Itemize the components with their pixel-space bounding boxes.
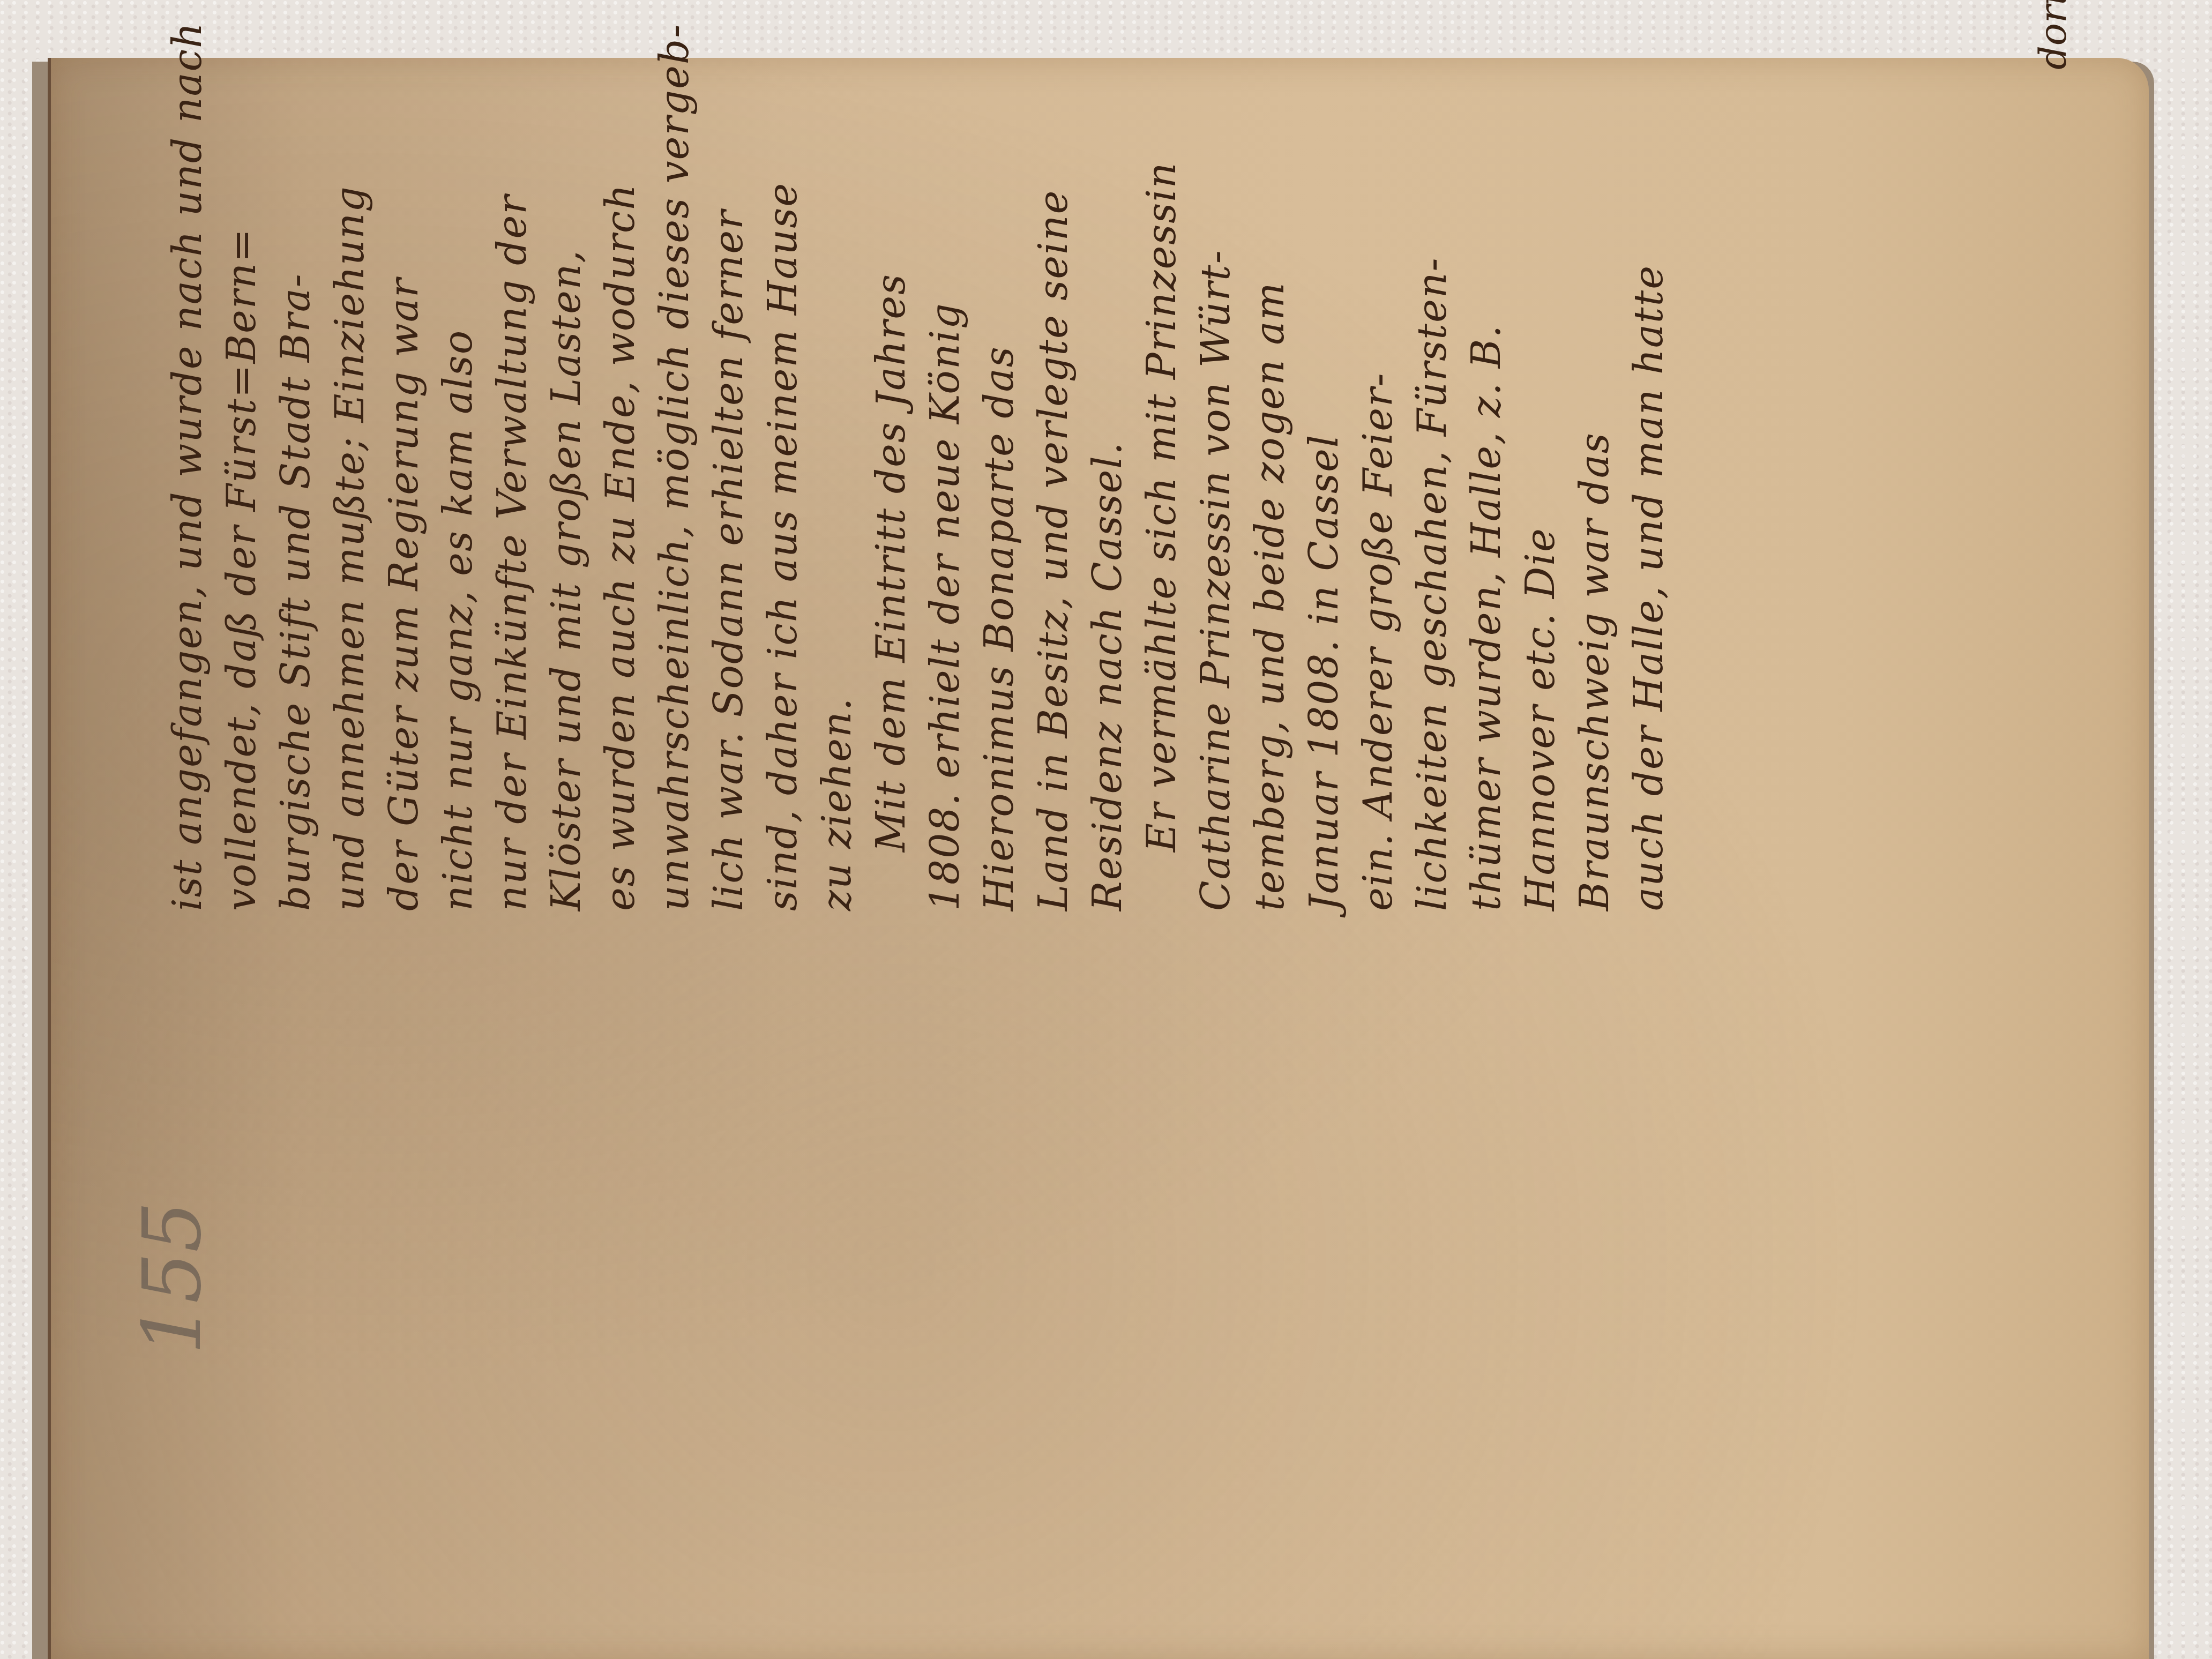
manuscript-line: sind, daher ich aus meinem Hause xyxy=(756,54,810,911)
manuscript-line: Januar 1808. in Cassel xyxy=(1297,54,1351,911)
manuscript-line: Land in Besitz, und verlegte seine xyxy=(1027,54,1081,911)
manuscript-line: nur der Einkünfte Verwaltung der xyxy=(485,54,540,911)
handwritten-text-block: ist angefangen, und wurde nach und nachv… xyxy=(161,54,1983,911)
manuscript-line: Hannover etc. Die xyxy=(1514,54,1568,911)
manuscript-line: nicht nur ganz, es kam also xyxy=(431,54,485,911)
manuscript-line: und annehmen mußte; Einziehung xyxy=(323,54,377,911)
manuscript-line: ein. Anderer große Feier- xyxy=(1351,54,1406,911)
manuscript-line: lichkeiten geschahen, Fürsten- xyxy=(1406,54,1460,911)
manuscript-line: burgische Stift und Stadt Bra- xyxy=(269,54,323,911)
manuscript-line: lich war. Sodann erhielten ferner xyxy=(702,54,756,911)
manuscript-line: unwahrscheinlich, möglich dieses vergeb- xyxy=(648,54,702,911)
manuscript-line: vollendet, daß der Fürst=Bern= xyxy=(215,54,269,911)
manuscript-line: Er vermählte sich mit Prinzessin xyxy=(1135,54,1189,911)
text-lines: ist angefangen, und wurde nach und nachv… xyxy=(161,54,1676,911)
manuscript-line: es wurden auch zu Ende, wodurch xyxy=(594,54,648,911)
manuscript-line: Catharine Prinzessin von Würt- xyxy=(1189,54,1243,911)
manuscript-line: auch der Halle, und man hatte xyxy=(1622,54,1676,911)
manuscript-line: Mit dem Eintritt des Jahres xyxy=(864,54,918,911)
manuscript-line: Hieronimus Bonaparte das xyxy=(973,54,1027,911)
manuscript-line: Residenz nach Cassel. xyxy=(1081,54,1135,911)
page-number: 155 xyxy=(126,1201,219,1355)
manuscript-line: thümer wurden, Halle, z. B. xyxy=(1460,54,1514,911)
manuscript-line: Klöster und mit großen Lasten, xyxy=(540,54,594,911)
manuscript-line: Braunschweig war das xyxy=(1568,54,1622,911)
manuscript-line: temberg, und beide zogen am xyxy=(1243,54,1297,911)
manuscript-line: ist angefangen, und wurde nach und nach xyxy=(161,54,215,911)
catchword: dort xyxy=(2031,0,2075,70)
manuscript-line: zu ziehen. xyxy=(810,54,864,911)
manuscript-line: 1808. erhielt der neue König xyxy=(918,54,973,911)
manuscript-line: der Güter zum Regierung war xyxy=(377,54,431,911)
